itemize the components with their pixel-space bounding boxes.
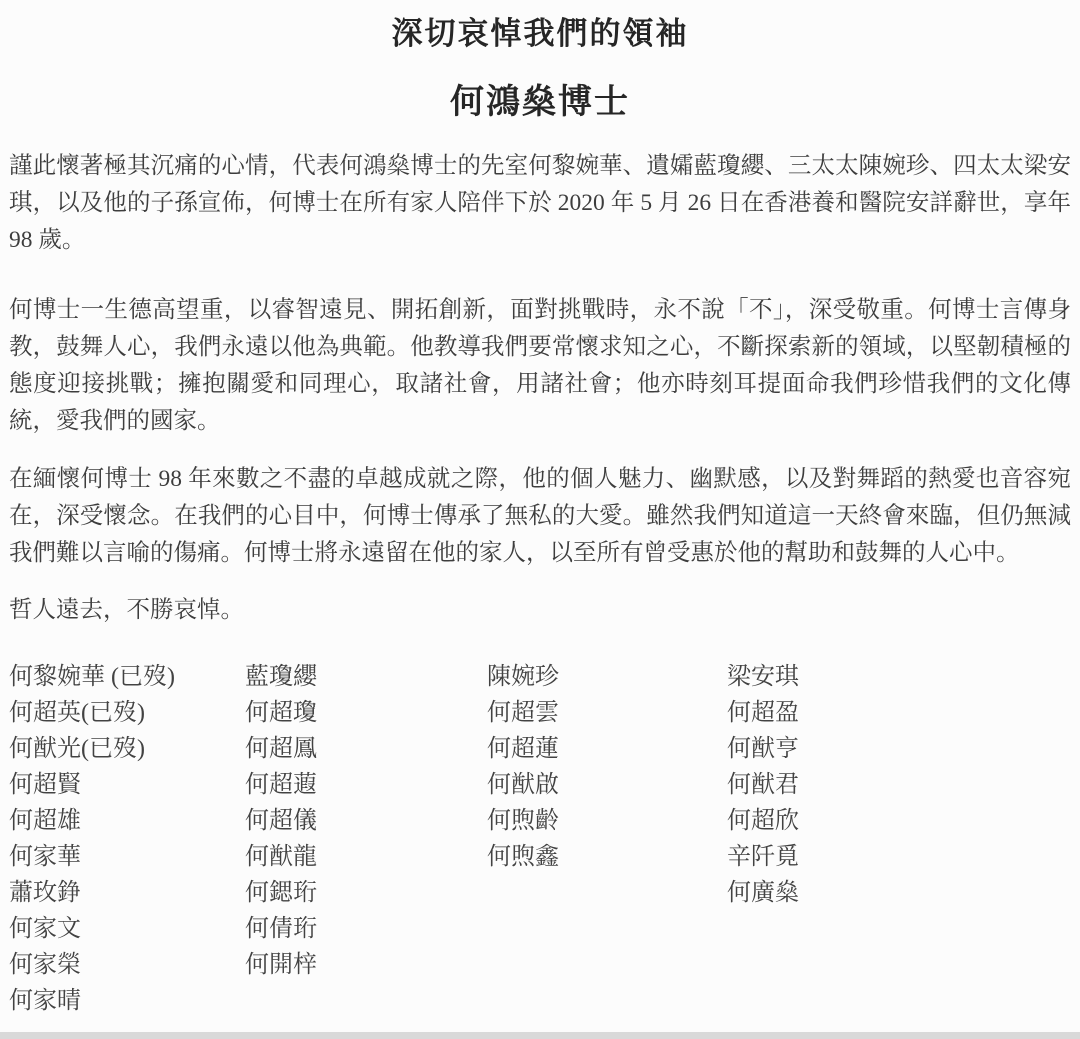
paragraph-tribute: 何博士一生德高望重，以睿智遠見、開拓創新，面對挑戰時，永不說「不」，深受敬重。何…	[9, 292, 1071, 440]
name-cell: 何開梓	[245, 947, 487, 983]
name-cell: 何超儀	[245, 803, 487, 839]
name-cell: 辛阡覓	[727, 839, 1071, 875]
name-cell: 何超雲	[487, 695, 727, 731]
name-cell: 陳婉珍	[487, 659, 727, 695]
name-cell: 何家華	[9, 839, 245, 875]
name-cell: 何猷亨	[727, 731, 1071, 767]
name-cell: 何超盈	[727, 695, 1071, 731]
name-cell: 何家晴	[9, 983, 245, 1019]
name-cell: 何猷君	[727, 767, 1071, 803]
name-cell: 何超瓊	[245, 695, 487, 731]
name-cell: 蕭玫錚	[9, 875, 245, 911]
name-cell: 何家文	[9, 911, 245, 947]
page-subtitle: 何鴻燊博士	[9, 82, 1071, 124]
name-cell: 何鍶珩	[245, 875, 487, 911]
name-cell	[727, 983, 1071, 1019]
name-cell: 何超雄	[9, 803, 245, 839]
name-cell: 何煦齡	[487, 803, 727, 839]
name-cell: 藍瓊纓	[245, 659, 487, 695]
name-cell: 何煦鑫	[487, 839, 727, 875]
name-cell: 何超蕸	[245, 767, 487, 803]
name-cell: 何超賢	[9, 767, 245, 803]
name-cell	[487, 947, 727, 983]
name-cell: 何猷龍	[245, 839, 487, 875]
name-cell	[487, 875, 727, 911]
name-cell: 梁安琪	[727, 659, 1071, 695]
name-cell	[487, 983, 727, 1019]
name-cell	[727, 947, 1071, 983]
page-title: 深切哀悼我們的領袖	[9, 14, 1071, 54]
name-cell: 何猷啟	[487, 767, 727, 803]
paragraph-remembrance: 在緬懷何博士 98 年來數之不盡的卓越成就之際，他的個人魅力、幽默感，以及對舞蹈…	[9, 461, 1071, 572]
name-cell	[727, 911, 1071, 947]
name-cell: 何超英(已歿)	[9, 695, 245, 731]
name-cell: 何廣燊	[727, 875, 1071, 911]
name-cell: 何黎婉華 (已歿)	[9, 659, 245, 695]
paragraph-announcement: 謹此懷著極其沉痛的心情，代表何鴻燊博士的先室何黎婉華、遺孀藍瓊纓、三太太陳婉珍、…	[9, 148, 1071, 259]
name-cell	[245, 983, 487, 1019]
memorial-document: 深切哀悼我們的領袖 何鴻燊博士 謹此懷著極其沉痛的心情，代表何鴻燊博士的先室何黎…	[0, 0, 1080, 1039]
name-cell: 何超蓮	[487, 731, 727, 767]
family-names-table: 何黎婉華 (已歿) 藍瓊纓 陳婉珍 梁安琪 何超英(已歿) 何超瓊 何超雲 何超…	[9, 659, 1071, 1019]
name-cell: 何倩珩	[245, 911, 487, 947]
paragraph-closing: 哲人遠去，不勝哀悼。	[9, 592, 1071, 629]
name-cell: 何超欣	[727, 803, 1071, 839]
name-cell: 何猷光(已歿)	[9, 731, 245, 767]
name-cell: 何家榮	[9, 947, 245, 983]
name-cell: 何超鳳	[245, 731, 487, 767]
name-cell	[487, 911, 727, 947]
bottom-edge-bar	[0, 1032, 1080, 1039]
